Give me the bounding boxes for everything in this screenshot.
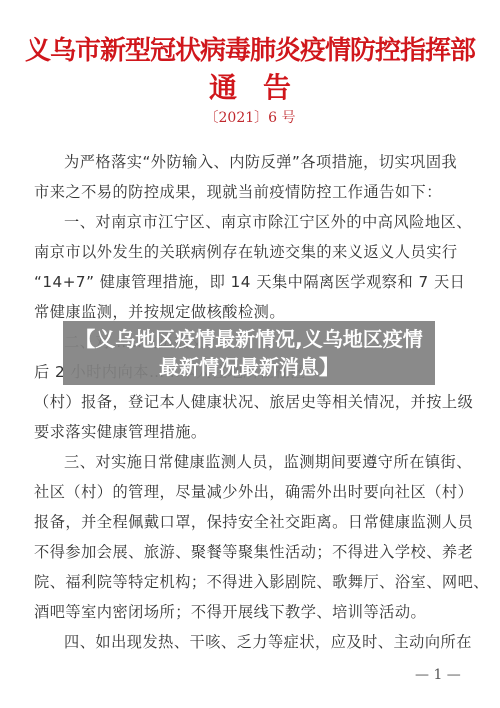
body-line: 要求落实健康管理措施。: [34, 417, 466, 447]
page-number: — 1 —: [415, 667, 461, 683]
body-line: 四、如出现发热、干咳、乏力等症状，应及时、主动向所在: [34, 627, 466, 657]
body-line: （村）报备，登记本人健康状况、旅居史等相关情况，并按上级: [34, 387, 466, 417]
headline-overlay-text: 【义乌地区疫情最新情况,义乌地区疫情最新情况最新消息】: [69, 325, 429, 381]
body-line: “14+7” 健康管理措施，即 14 天集中隔离医学观察和 7 天日: [34, 267, 466, 297]
body-line: 为严格落实“外防输入、内防反弹”各项措施，切实巩固我: [34, 147, 466, 177]
body-line: 一、对南京市江宁区、南京市除江宁区外的中高风险地区、: [34, 207, 466, 237]
body-line: 社区（村）的管理，尽量减少外出，确需外出时要向社区（村）: [34, 477, 466, 507]
document-type-heading: 通告: [0, 66, 500, 106]
body-line: 不得参加会展、旅游、聚餐等聚集性活动；不得进入学校、养老: [34, 537, 466, 567]
body-line: 院、福利院等特定机构；不得进入影剧院、歌舞厅、浴室、网吧、: [34, 567, 466, 597]
headline-overlay-banner: 【义乌地区疫情最新情况,义乌地区疫情最新情况最新消息】: [63, 321, 435, 385]
document-body: 为严格落实“外防输入、内防反弹”各项措施，切实巩固我 市来之不易的防控成果，现就…: [34, 147, 466, 657]
body-line: 酒吧等室内密闭场所；不得开展线下教学、培训等活动。: [34, 597, 466, 627]
body-line: 市来之不易的防控成果，现就当前疫情防控工作通告如下：: [34, 177, 466, 207]
issuer-title: 义乌市新型冠状病毒肺炎疫情防控指挥部: [0, 30, 500, 67]
body-line: 三、对实施日常健康监测人员，监测期间要遵守所在镇街、: [34, 447, 466, 477]
body-line: 报备，并全程佩戴口罩，保持安全社交距离。日常健康监测人员: [34, 507, 466, 537]
document-number: 〔2021〕6 号: [0, 107, 500, 127]
body-line: 南京市以外发生的关联病例存在轨迹交集的来义返义人员实行: [34, 237, 466, 267]
